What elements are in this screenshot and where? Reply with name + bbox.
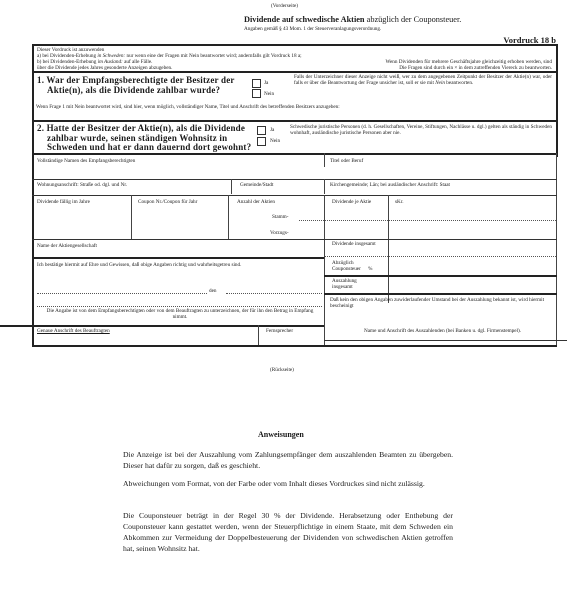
instruction-paragraph-3: Die Couponsteuer beträgt in der Regel 30… <box>123 510 453 554</box>
parish-field[interactable] <box>328 188 553 193</box>
label-phone: Fernsprecher <box>266 328 293 334</box>
label-dividend-total: Dividende insgesamt <box>332 241 377 247</box>
label-agent-address: Genaue Anschrift des Beauftragten <box>37 328 110 334</box>
title-profession-field[interactable] <box>328 164 553 169</box>
q2-yes-label: Ja <box>270 127 274 133</box>
dividend-total-field[interactable] <box>391 241 554 255</box>
signature-note: Die Angabe ist von dem Empfangsberechtig… <box>40 308 320 320</box>
instructions-heading: Anweisungen <box>258 430 304 439</box>
label-common-shares: Stamm- <box>272 214 288 220</box>
agent-address-field[interactable] <box>36 335 255 344</box>
instruction-paragraph-1: Die Anzeige ist bei der Auszahlung vom Z… <box>123 449 453 471</box>
q2-no-checkbox[interactable] <box>257 137 266 146</box>
payer-certification: Daß kein den obigen Angaben zuwiderlaufe… <box>330 297 552 309</box>
q1-note: Falls der Unterzeichner dieser Anzeige n… <box>294 74 552 86</box>
back-side-label: (Rückseite) <box>270 367 294 373</box>
question-1: 1. War der Empfangsberechtigte der Besit… <box>37 76 235 95</box>
instruction-paragraph-2: Abweichungen vom Format, von der Farbe o… <box>123 478 453 489</box>
previous-owner-field[interactable] <box>36 110 552 118</box>
form-title: Dividende auf schwedische Aktien abzügli… <box>244 15 461 24</box>
full-name-field[interactable] <box>36 164 322 169</box>
q2-no-label: Nein <box>270 138 280 144</box>
dividend-due-year-field[interactable] <box>36 207 128 237</box>
label-coupon-no: Coupon Nr./Coupon für Jahr <box>138 199 208 205</box>
q1-yes-label: Ja <box>264 80 268 86</box>
question-2: 2. Hatte der Besitzer der Aktie(n), als … <box>37 124 251 153</box>
dividend-per-share-field[interactable] <box>327 206 386 236</box>
signature-field[interactable] <box>37 297 322 306</box>
label-dividend-due-year: Dividende fällig im Jahre <box>37 199 90 205</box>
intro-block: Dieser Vordruck ist anzuwenden a) bei Di… <box>37 47 552 71</box>
date-field[interactable] <box>226 284 322 293</box>
label-minus-coupon-tax: Abzüglich Couponsteuer % <box>332 260 377 272</box>
payout-total-field[interactable] <box>391 278 554 292</box>
front-side-label: (Vorderseite) <box>271 3 298 9</box>
q1-no-checkbox[interactable] <box>252 89 261 98</box>
label-payer-name: Name und Anschrift des Auszahlenden (bei… <box>330 328 555 334</box>
label-den: den <box>209 288 217 294</box>
q1-yes-checkbox[interactable] <box>252 79 261 88</box>
label-preferred-shares: Vorzugs- <box>270 230 289 236</box>
company-name-field[interactable] <box>36 249 322 255</box>
q2-note: Schwedische juristische Personen (d. h. … <box>290 124 552 136</box>
address-field[interactable] <box>36 188 228 193</box>
confirmation-text: Ich bestätige hiermit auf Ehre und Gewis… <box>37 262 277 268</box>
label-currency: sKr. <box>395 199 404 205</box>
municipality-field[interactable] <box>234 188 322 193</box>
phone-field[interactable] <box>261 335 322 344</box>
q2-yes-checkbox[interactable] <box>257 126 266 135</box>
form-subtitle: Angaben gemäß § 43 Mom. 1 der Steuervera… <box>244 26 381 32</box>
place-field[interactable] <box>37 284 207 293</box>
preferred-shares-field[interactable] <box>299 228 323 236</box>
dividend-amount-field[interactable] <box>391 206 554 236</box>
q1-no-label: Nein <box>264 91 274 97</box>
label-dividend-per-share: Dividende je Aktie <box>332 199 371 205</box>
coupon-no-field[interactable] <box>134 210 226 237</box>
label-share-count: Anzahl der Aktien <box>237 199 275 205</box>
common-shares-field[interactable] <box>299 212 323 220</box>
coupon-tax-field[interactable] <box>391 259 554 273</box>
label-payout-total: Auszahlung insgesamt <box>332 278 377 290</box>
